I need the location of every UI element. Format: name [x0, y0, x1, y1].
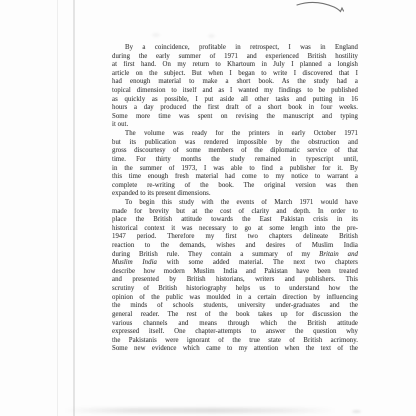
- text-line: topical dimension to itself and as I wan…: [112, 87, 358, 96]
- scanned-book-page: By a coincidence, profitable in retrospe…: [0, 0, 416, 416]
- text-line: hours a day produced the first draft of …: [112, 104, 358, 113]
- text-line: scrutiny of British historiography helps…: [112, 285, 358, 294]
- text-line: The volume was ready for the printers in…: [112, 130, 358, 139]
- page-bottom-shadow: [64, 408, 336, 413]
- page-bottom-smudge: [352, 410, 361, 413]
- text-line: but its publication was rendered impossi…: [112, 139, 358, 148]
- text-line: it out.: [112, 121, 358, 130]
- text-line: Some more time was spent on revising the…: [112, 113, 358, 122]
- text-line: gross discourtesy of some members of the…: [112, 147, 358, 156]
- pen-scratch-mark: [293, 0, 355, 18]
- text-line: the minds of schools students, universit…: [112, 302, 358, 311]
- paper-background: By a coincidence, profitable in retrospe…: [0, 0, 416, 416]
- scan-smudge: [152, 33, 160, 37]
- text-line: article on the subject. But when I began…: [112, 70, 358, 79]
- text-line: expanded to its present dimensions.: [112, 190, 358, 199]
- text-line: general reader. The rest of the book tak…: [112, 311, 358, 320]
- text-line: reaction to the demands, wishes and desi…: [112, 242, 358, 251]
- text-line: had enough material to make a short book…: [112, 78, 358, 87]
- page-edge-line-outer: [57, 0, 58, 416]
- text-line: describe how modern Muslim India and Pak…: [112, 268, 358, 277]
- text-line: this time enough fresh material had come…: [112, 173, 358, 182]
- text-line: complete re-writing of the book. The ori…: [112, 182, 358, 191]
- text-line: time. For thirty months the study remain…: [112, 156, 358, 165]
- text-line: as quickly as possible, I put aside all …: [112, 96, 358, 105]
- text-line: and presented by British historians, wri…: [112, 276, 358, 285]
- page-text: By a coincidence, profitable in retrospe…: [112, 44, 358, 354]
- text-line: opinion of the public was moulded in a c…: [112, 294, 358, 303]
- text-line: To begin this study with the events of M…: [112, 199, 358, 208]
- page-edge-line-inner: [73, 0, 75, 416]
- text-line: the Pakistanis were ignorant of the true…: [112, 337, 358, 346]
- text-line: at first hand. On my return to Khartoum …: [112, 61, 358, 70]
- text-line: Some new evidence which came to my atten…: [112, 345, 358, 354]
- text-line: during the early summer of 1971 and expe…: [112, 53, 358, 62]
- text-line: expressed itself. One chapter-attempts t…: [112, 328, 358, 337]
- scan-smudge: [208, 34, 215, 38]
- text-line: made for brevity but at the cost of clar…: [112, 208, 358, 217]
- text-line: during British rule. They contain a summ…: [112, 251, 358, 260]
- text-line: place the British attitude towards the E…: [112, 216, 358, 225]
- text-line: various channels and means through which…: [112, 320, 358, 329]
- text-line: in the summer of 1973, I was able to fin…: [112, 165, 358, 174]
- text-line: Muslim India with some added material. T…: [112, 259, 358, 268]
- text-line: historical context it was necessary to g…: [112, 225, 358, 234]
- text-line: By a coincidence, profitable in retrospe…: [112, 44, 358, 53]
- text-line: 1947 period. Therefore my first two chap…: [112, 233, 358, 242]
